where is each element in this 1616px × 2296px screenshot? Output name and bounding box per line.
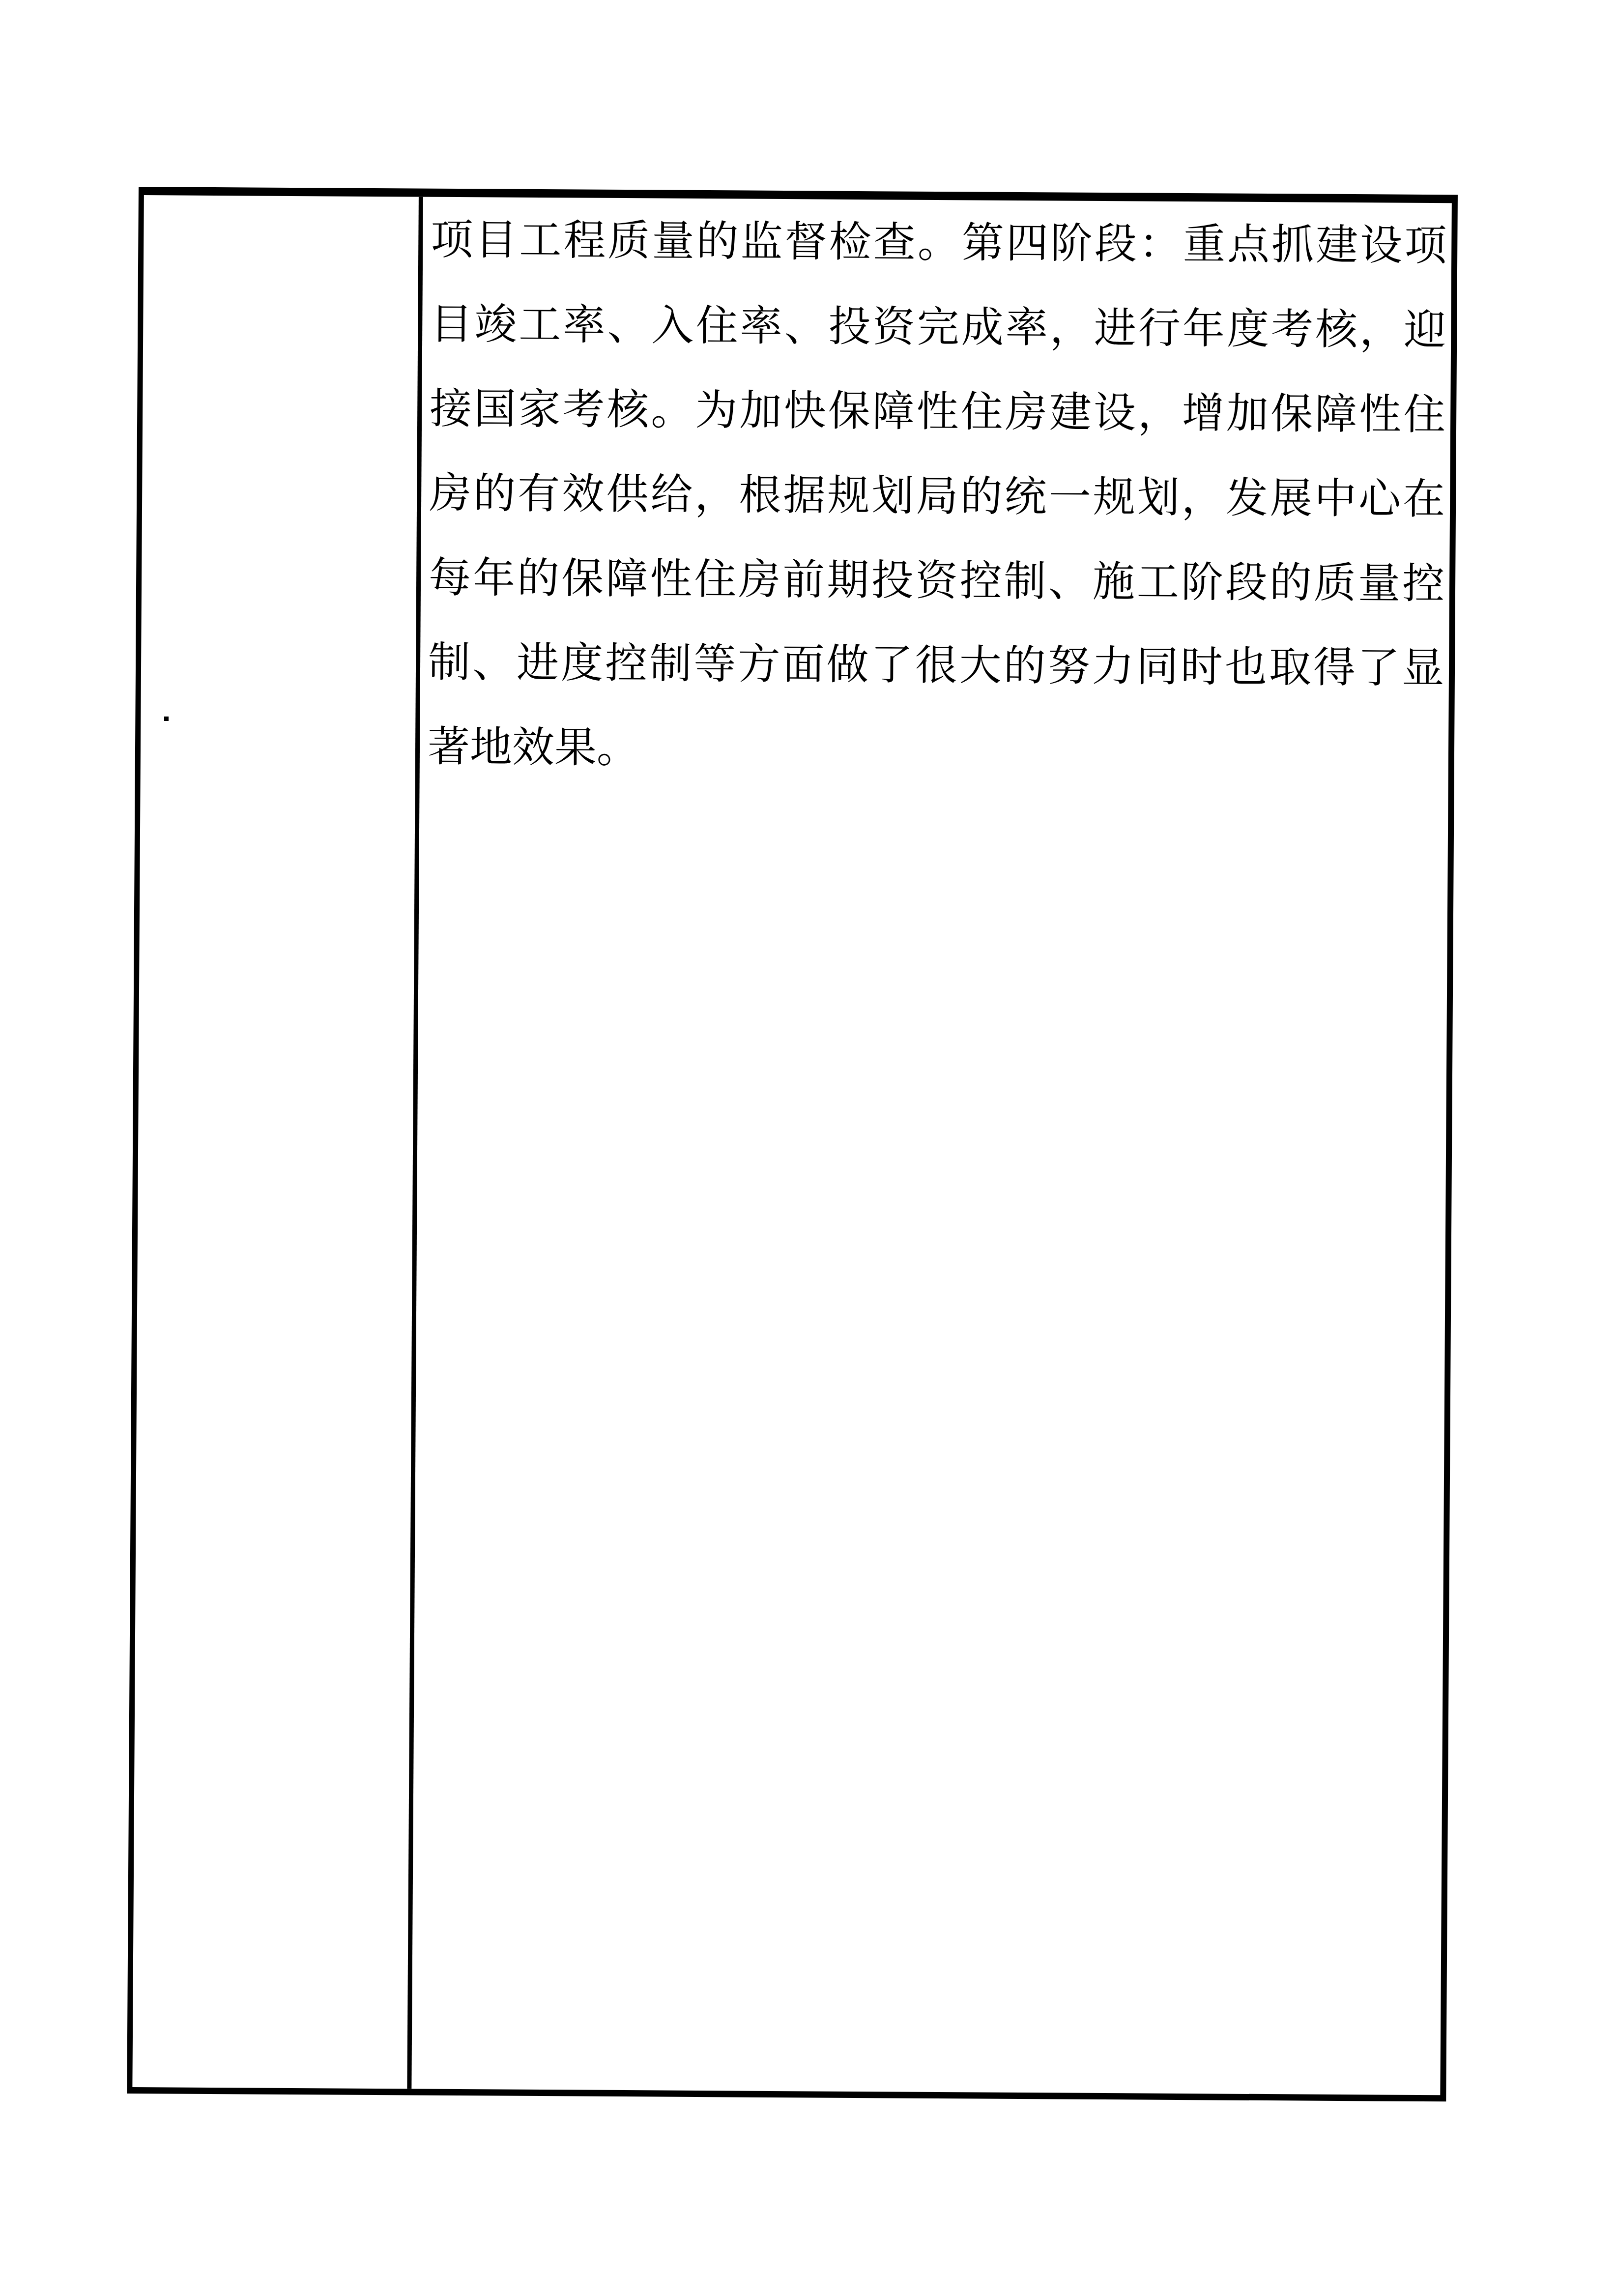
- ink-speck: [164, 717, 169, 721]
- text-line-1: 项目工程质量的监督检查。第四阶段：重点抓建设项: [431, 198, 1447, 288]
- text-line-7: 著地效果。: [428, 705, 1444, 796]
- form-table: 项目工程质量的监督检查。第四阶段：重点抓建设项 目竣工率、入住率、投资完成率，进…: [127, 187, 1458, 2101]
- text-line-5: 每年的保障性住房前期投资控制、施工阶段的质量控: [429, 536, 1445, 627]
- table-left-column: [132, 195, 423, 2089]
- text-line-4: 房的有效供给，根据规划局的统一规划，发展中心在: [429, 451, 1445, 542]
- text-line-2: 目竣工率、入住率、投资完成率，进行年度考核，迎: [430, 282, 1446, 373]
- table-right-column: 项目工程质量的监督检查。第四阶段：重点抓建设项 目竣工率、入住率、投资完成率，进…: [411, 197, 1451, 2095]
- document-page: 项目工程质量的监督检查。第四阶段：重点抓建设项 目竣工率、入住率、投资完成率，进…: [0, 0, 1616, 2296]
- text-line-3: 接国家考核。为加快保障性住房建设，增加保障性住: [430, 367, 1446, 458]
- text-line-6: 制、进度控制等方面做了很大的努力同时也取得了显: [428, 620, 1444, 711]
